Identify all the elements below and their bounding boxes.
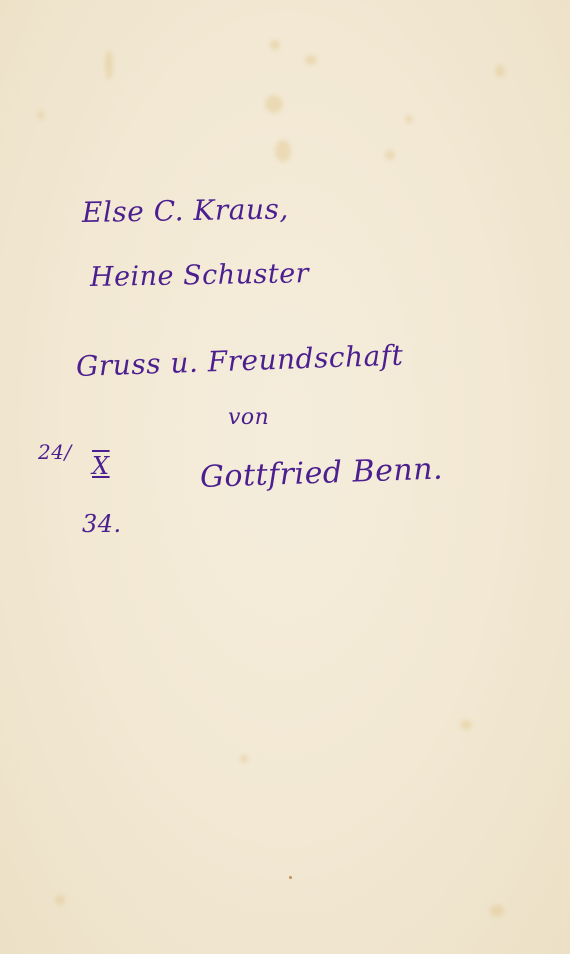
foxing-spot: [275, 140, 291, 162]
inscription-date-day: 24/: [38, 440, 72, 464]
foxing-spot: [105, 50, 113, 80]
book-flyleaf-page: Else C. Kraus, Heine Schuster Gruss u. F…: [0, 0, 570, 954]
inscription-dedicatee-line-2: Heine Schuster: [90, 258, 310, 293]
author-signature: Gottfried Benn.: [199, 452, 443, 495]
inscription-greeting-line: Gruss u. Freundschaft: [75, 339, 403, 383]
foxing-spot: [305, 55, 317, 65]
foxing-spot: [405, 115, 413, 123]
foxing-spot: [55, 895, 65, 905]
foxing-spot: [460, 720, 472, 730]
foxing-spot: [265, 95, 283, 113]
foxing-spot: [490, 905, 504, 917]
inscription-dedicatee-line: Else C. Kraus,: [82, 192, 289, 229]
foxing-spot: [38, 110, 44, 120]
inscription-date-year: 34.: [82, 510, 122, 538]
foxing-spot: [270, 40, 280, 50]
foxing-spot: [495, 65, 505, 77]
foxing-spot: [385, 150, 395, 160]
foxing-spot: [289, 876, 292, 879]
inscription-date-month: X: [92, 452, 110, 480]
foxing-spot: [240, 755, 248, 763]
inscription-from-line: von: [228, 405, 269, 430]
